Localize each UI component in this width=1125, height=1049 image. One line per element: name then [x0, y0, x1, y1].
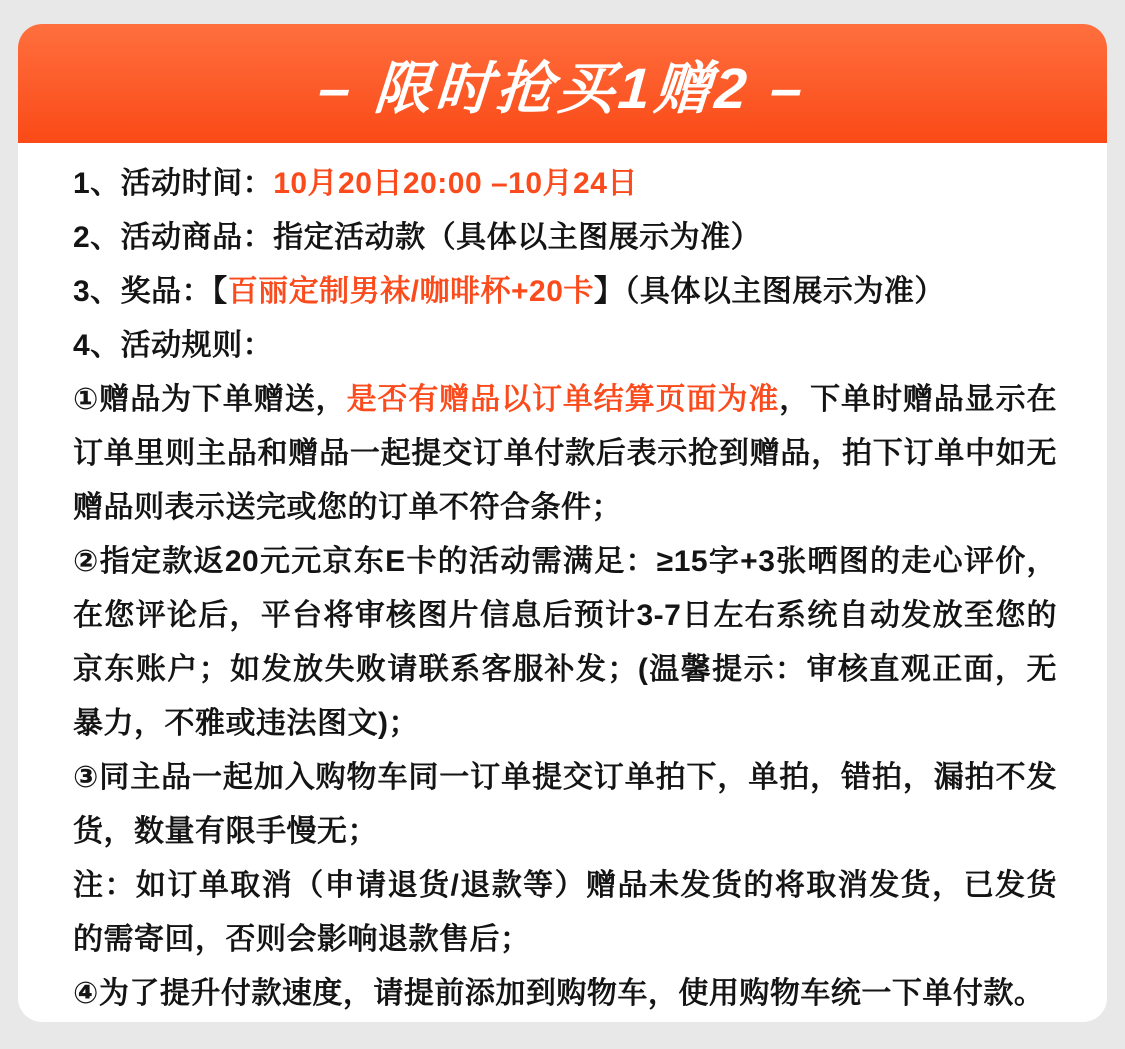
page-background: { "colors": { "page_background": "#e8e8e…: [0, 0, 1125, 1049]
rule-paragraph: 2、活动商品：指定活动款（具体以主图展示为准）: [73, 211, 1057, 265]
rule-text-segment: 3、奖品：【: [73, 275, 228, 308]
rule-text-highlight: 百丽定制男袜/咖啡杯+20卡: [228, 275, 594, 308]
rule-text-highlight: 10月20日20:00 –10月24日: [273, 167, 638, 200]
rule-paragraph: 1、活动时间：10月20日20:00 –10月24日: [73, 157, 1057, 211]
rule-paragraph: 4、活动规则：: [73, 319, 1057, 373]
promo-card: – 限时抢买1赠2 – 1、活动时间：10月20日20:00 –10月24日2、…: [18, 24, 1107, 1022]
rule-text-segment: ④为了提升付款速度，请提前添加到购物车，使用购物车统一下单付款。: [73, 977, 1044, 1010]
rule-paragraph: 注：如订单取消（申请退货/退款等）赠品未发货的将取消发货，已发货的需寄回，否则会…: [73, 859, 1057, 967]
rule-paragraph: ④为了提升付款速度，请提前添加到购物车，使用购物车统一下单付款。: [73, 967, 1057, 1021]
rule-text-segment: 1、活动时间：: [73, 167, 273, 200]
rules-section: 1、活动时间：10月20日20:00 –10月24日2、活动商品：指定活动款（具…: [18, 143, 1107, 1021]
rule-paragraph: ③同主品一起加入购物车同一订单提交订单拍下，单拍，错拍，漏拍不发货，数量有限手慢…: [73, 751, 1057, 859]
rule-text-segment: 4、活动规则：: [73, 329, 273, 362]
rule-text-segment: 注：如订单取消（申请退货/退款等）赠品未发货的将取消发货，已发货的需寄回，否则会…: [73, 869, 1057, 956]
rule-text-segment: ②指定款返20元元京东E卡的活动需满足：≥15字+3张晒图的走心评价，在您评论后…: [73, 545, 1057, 740]
rule-text-segment: ①赠品为下单赠送，: [73, 383, 347, 416]
rule-text-segment: 】（具体以主图展示为准）: [594, 275, 945, 308]
rule-text-segment: 2、活动商品：指定活动款（具体以主图展示为准）: [73, 221, 761, 254]
rule-paragraph: ②指定款返20元元京东E卡的活动需满足：≥15字+3张晒图的走心评价，在您评论后…: [73, 535, 1057, 751]
rule-paragraph: 3、奖品：【百丽定制男袜/咖啡杯+20卡】（具体以主图展示为准）: [73, 265, 1057, 319]
rule-text-highlight: 是否有赠品以订单结算页面为准: [347, 383, 780, 416]
promo-header-banner: – 限时抢买1赠2 –: [18, 24, 1107, 143]
rule-paragraph: ①赠品为下单赠送，是否有赠品以订单结算页面为准，下单时赠品显示在订单里则主品和赠…: [73, 373, 1057, 535]
promo-title: – 限时抢买1赠2 –: [316, 43, 809, 125]
rule-text-segment: ③同主品一起加入购物车同一订单提交订单拍下，单拍，错拍，漏拍不发货，数量有限手慢…: [73, 761, 1057, 848]
